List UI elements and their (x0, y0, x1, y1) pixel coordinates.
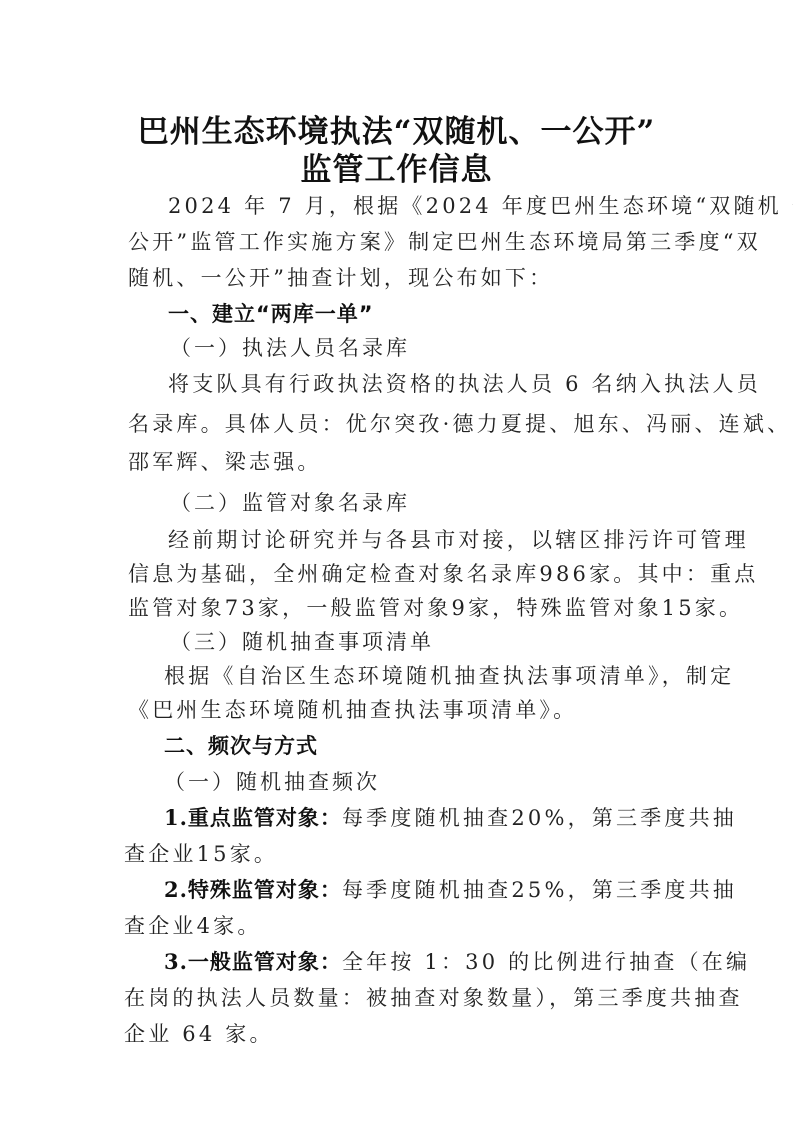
intro-line-3: 随机、一公开”抽查计划，现公布如下： (128, 262, 553, 292)
frequency-item-3-line-1: 3.一般监管对象：全年按 1：30 的比例进行抽查（在编 (164, 946, 750, 976)
personnel-line-1: 将支队具有行政执法资格的执法人员 6 名纳入执法人员 (168, 368, 761, 398)
targets-line-2: 信息为基础，全州确定检查对象名录库986家。其中：重点 (128, 558, 758, 588)
intro-line-2: 公开”监管工作实施方案》制定巴州生态环境局第三季度“双 (128, 226, 761, 256)
targets-line-3: 监管对象73家，一般监管对象9家，特殊监管对象15家。 (128, 592, 743, 622)
checklist-line-2: 《巴州生态环境随机抽查执法事项清单》。 (128, 694, 577, 724)
frequency-item-1-text: 每季度随机抽查20%，第三季度共抽 (342, 806, 737, 830)
frequency-item-2-line-2: 查企业4家。 (124, 910, 262, 940)
section-1-sub-2-heading: （二）监管对象名录库 (170, 487, 410, 517)
frequency-item-2-label: 2.特殊监管对象： (164, 877, 342, 902)
checklist-line-1: 根据《自治区生态环境随机抽查执法事项清单》，制定 (164, 660, 734, 690)
targets-line-1: 经前期讨论研究并与各县市对接，以辖区排污许可管理 (168, 524, 749, 554)
section-1-sub-3-heading: （三）随机抽查事项清单 (170, 626, 434, 656)
intro-line-1: 2024 年 7 月，根据《2024 年度巴州生态环境“双随机 一 (168, 190, 793, 220)
section-2-sub-1-heading: （一）随机抽查频次 (164, 766, 380, 796)
frequency-item-3-line-3: 企业 64 家。 (124, 1018, 274, 1048)
frequency-item-3-text: 全年按 1：30 的比例进行抽查（在编 (342, 950, 750, 974)
section-1-sub-1-heading: （一）执法人员名录库 (170, 332, 410, 362)
section-2-heading: 二、频次与方式 (164, 730, 318, 760)
frequency-item-1-label: 1.重点监管对象： (164, 805, 342, 830)
frequency-item-2-text: 每季度随机抽查25%，第三季度共抽 (342, 878, 737, 902)
section-1-heading: 一、建立“两库一单” (168, 298, 374, 328)
personnel-line-2: 名录库。具体人员：优尔突孜·德力夏提、旭东、冯丽、连斌、 (128, 408, 791, 438)
frequency-item-3-label: 3.一般监管对象： (164, 949, 342, 974)
frequency-item-1-line-2: 查企业15家。 (124, 838, 278, 868)
personnel-line-3: 邵军辉、梁志强。 (128, 446, 322, 476)
frequency-item-3-line-2: 在岗的执法人员数量：被抽查对象数量），第三季度共抽查 (124, 982, 743, 1012)
frequency-item-1-line-1: 1.重点监管对象：每季度随机抽查20%，第三季度共抽 (164, 802, 737, 832)
frequency-item-2-line-1: 2.特殊监管对象：每季度随机抽查25%，第三季度共抽 (164, 874, 737, 904)
document-title-line-2: 监管工作信息 (0, 144, 793, 189)
